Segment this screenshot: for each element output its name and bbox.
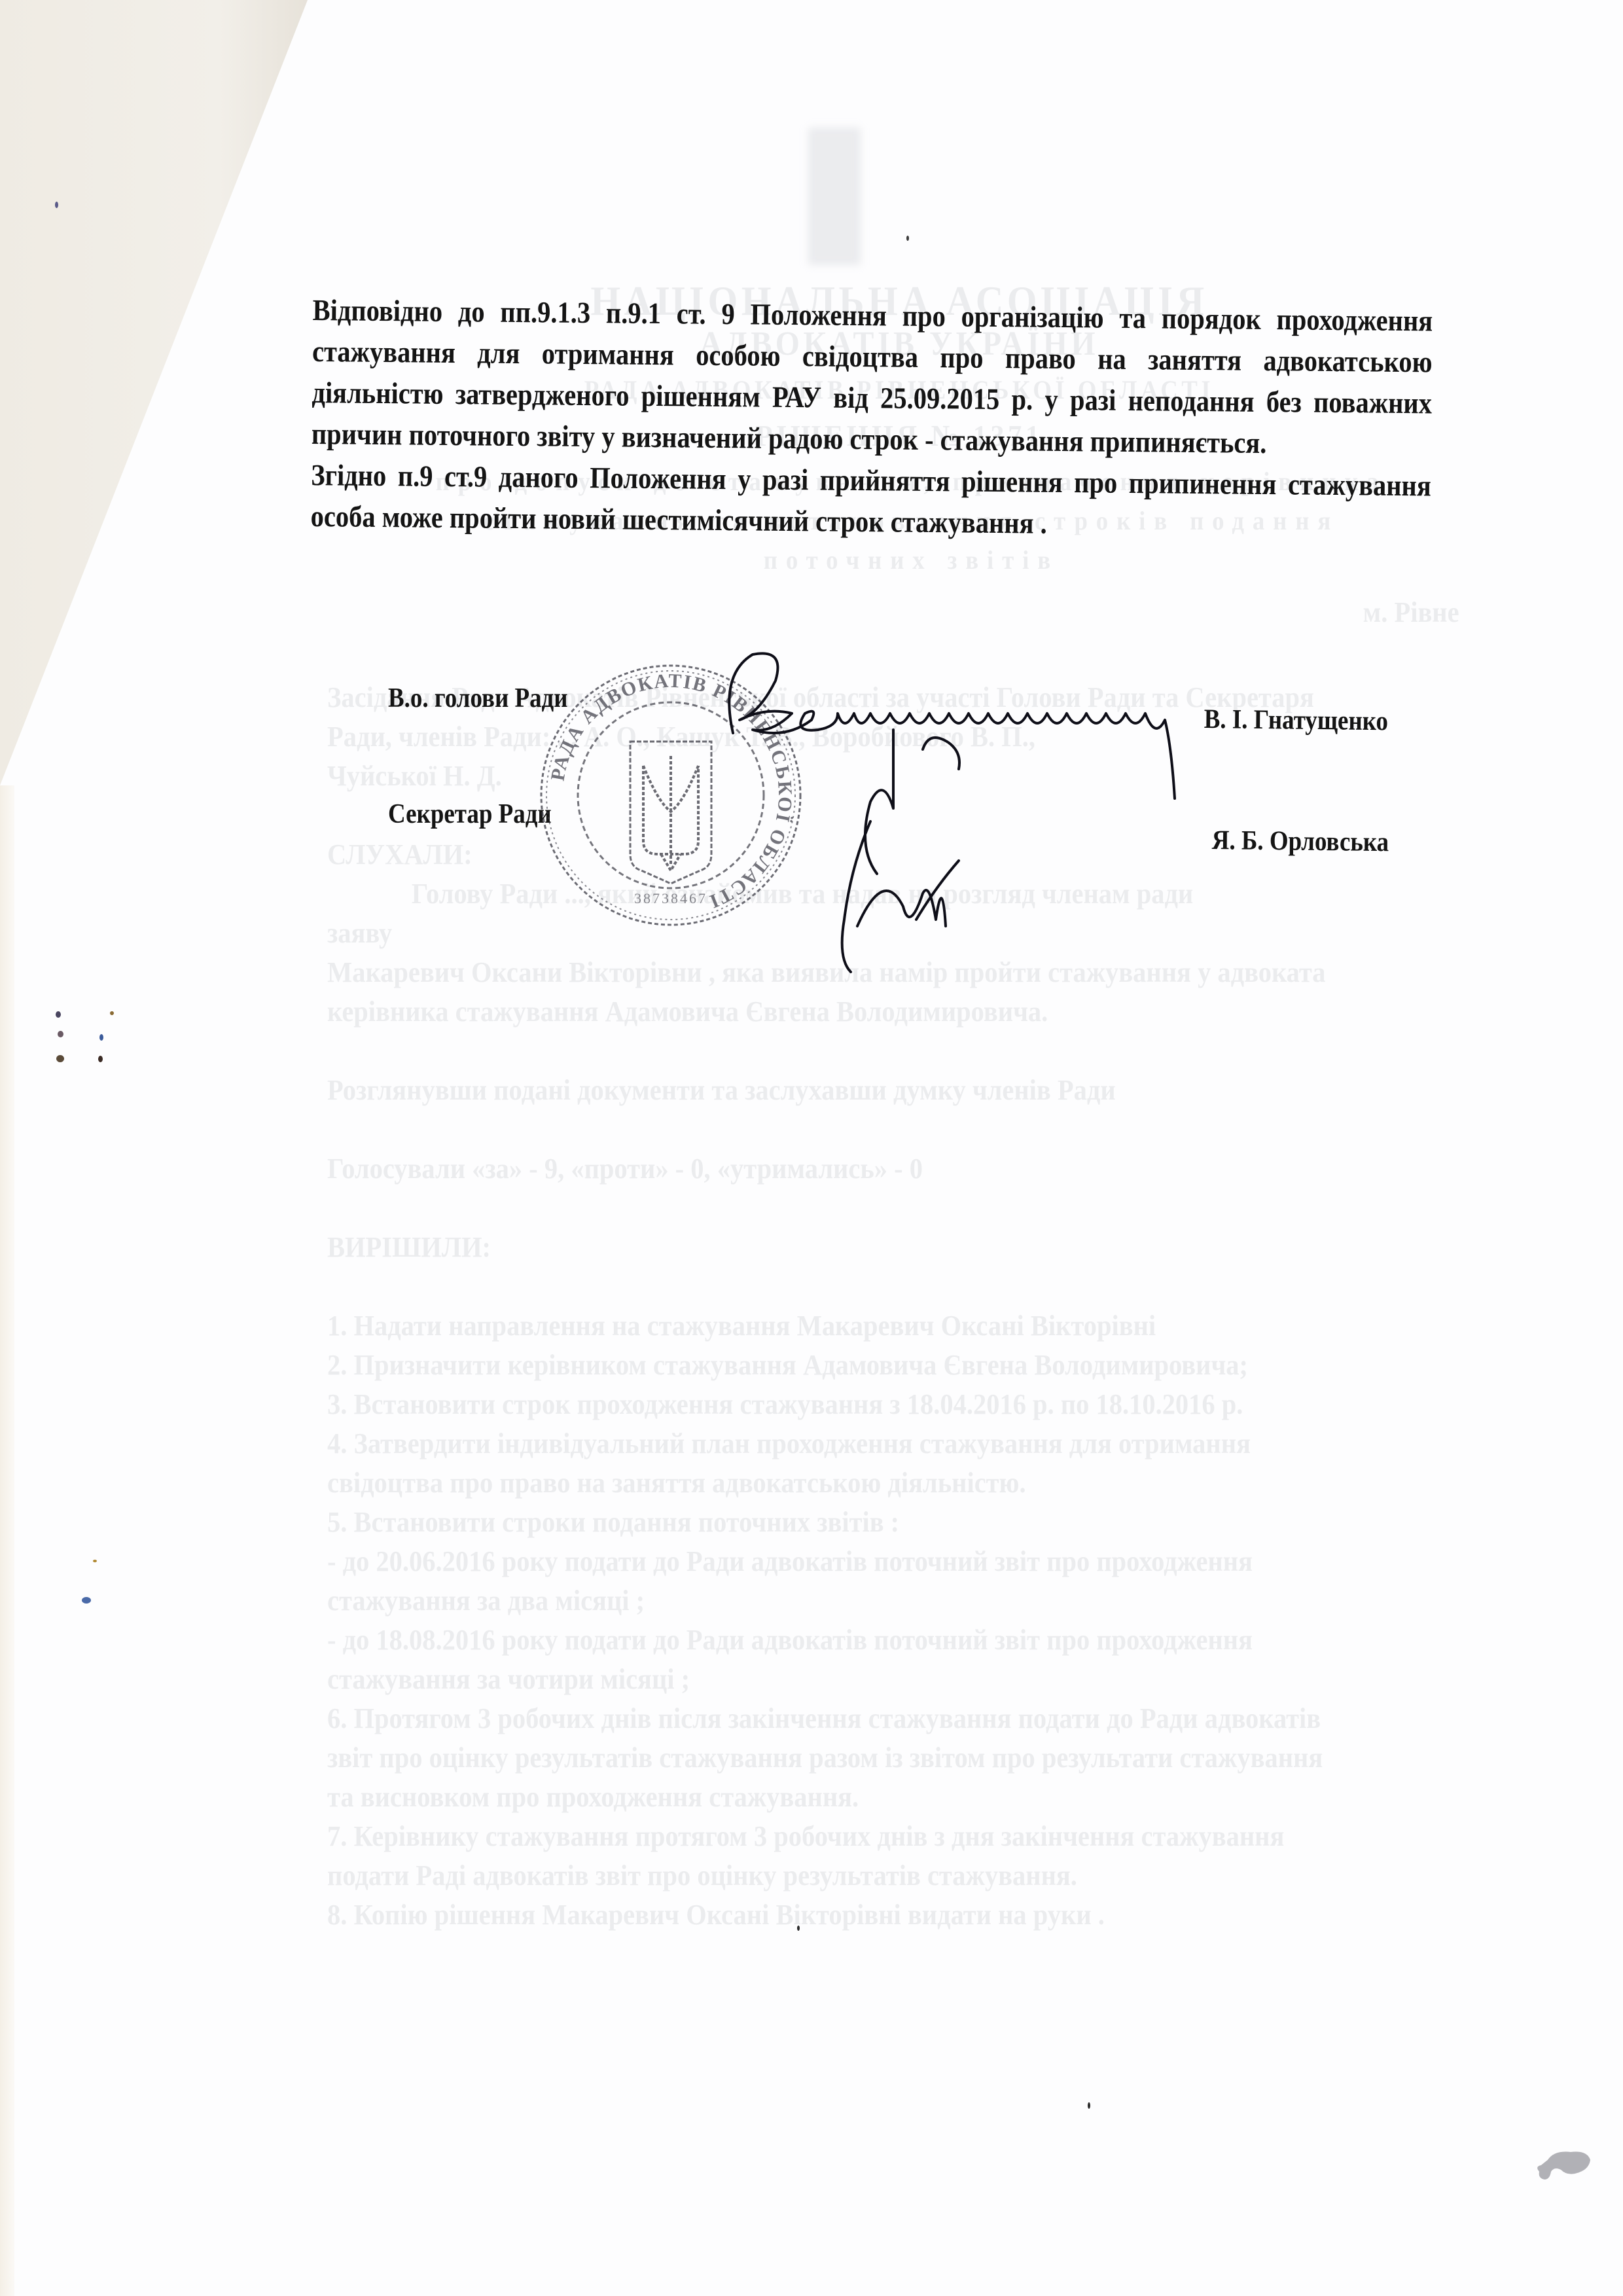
scan-speck [906, 236, 909, 241]
scan-speck [58, 1031, 63, 1037]
secretary-name: Я. Б. Орловська [1212, 825, 1389, 858]
signature-block: В.о. голови Ради В. І. Гнатущенко Секрет… [0, 0, 1623, 2296]
scan-speck [56, 1055, 64, 1062]
scan-speck [99, 1034, 103, 1041]
scan-speck [56, 1011, 61, 1018]
scan-speck [98, 1056, 103, 1062]
official-seal-icon: РАДА АДВОКАТІВ РІВНЕНСЬКОЇ ОБЛАСТІ 38738… [533, 658, 808, 933]
svg-text:38738467: 38738467 [634, 890, 707, 906]
scan-speck [110, 1011, 114, 1015]
scan-speck [82, 1597, 91, 1604]
chair-name: В. І. Гнатущенко [1204, 704, 1389, 737]
scan-speck [55, 202, 58, 208]
secretary-title: Секретар Ради [388, 798, 552, 830]
scan-blob-icon [1531, 2147, 1597, 2183]
scan-speck [1088, 2102, 1090, 2109]
svg-text:РАДА АДВОКАТІВ РІВНЕНСЬКОЇ ОБЛ: РАДА АДВОКАТІВ РІВНЕНСЬКОЇ ОБЛАСТІ [546, 670, 796, 913]
scan-speck [93, 1560, 97, 1562]
scan-speck [797, 1926, 800, 1931]
